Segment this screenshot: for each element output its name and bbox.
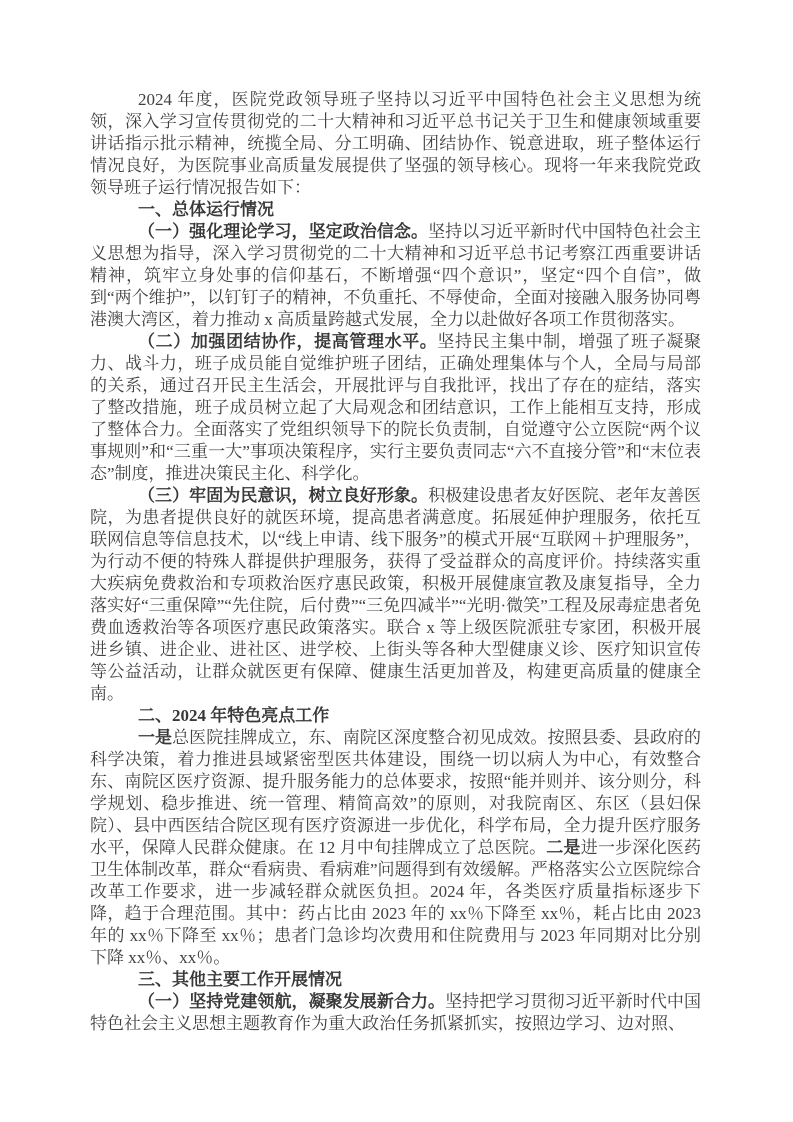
- section-1-para-2: （二）加强团结协作，提高管理水平。坚持民主集中制，增强了班子凝聚力、战斗力，班子…: [90, 331, 701, 485]
- section-3-para-1: （一）坚持党建领航，凝聚发展新合力。坚持把学习贯彻习近平新时代中国特色社会主义思…: [90, 991, 701, 1035]
- section-1-para-2-lead: （二）加强团结协作，提高管理水平。: [138, 332, 437, 351]
- section-2-para-1: 一是总医院挂牌成立，东、南院区深度整合初见成效。按照县委、县政府的科学决策，着力…: [90, 727, 701, 969]
- document-page: 2024 年度，医院党政领导班子坚持以习近平中国特色社会主义思想为统领，深入学习…: [0, 0, 793, 1122]
- section-3-para-1-lead: （一）坚持党建领航，凝聚发展新合力。: [138, 992, 445, 1011]
- section-1-para-1: （一）强化理论学习，坚定政治信念。坚持以习近平新时代中国特色社会主义思想为指导，…: [90, 221, 701, 331]
- section-1-heading: 一、总体运行情况: [90, 199, 701, 221]
- section-1-para-3-lead: （三）牢固为民意识，树立良好形象。: [138, 486, 428, 505]
- section-1-para-2-text: 坚持民主集中制，增强了班子凝聚力、战斗力，班子成员能自觉维护班子团结，正确处理集…: [90, 332, 701, 483]
- section-2-para-1-lead-2: 二是: [546, 838, 580, 857]
- section-2-heading: 二、2024 年特色亮点工作: [90, 705, 701, 727]
- section-1-para-3: （三）牢固为民意识，树立良好形象。积极建设患者友好医院、老年友善医院，为患者提供…: [90, 485, 701, 705]
- section-1-para-3-text: 积极建设患者友好医院、老年友善医院，为患者提供良好的就医环境，提高患者满意度。拓…: [90, 486, 701, 703]
- section-2-para-1-text-2: 进一步深化医药卫生体制改革，群众“看病贵、看病难”问题得到有效缓解。严格落实公立…: [90, 838, 701, 967]
- section-1-para-1-lead: （一）强化理论学习，坚定政治信念。: [138, 222, 428, 241]
- intro-paragraph: 2024 年度，医院党政领导班子坚持以习近平中国特色社会主义思想为统领，深入学习…: [90, 89, 701, 199]
- section-3-heading: 三、其他主要工作开展情况: [90, 969, 701, 991]
- section-2-para-1-lead-1: 一是: [138, 728, 172, 747]
